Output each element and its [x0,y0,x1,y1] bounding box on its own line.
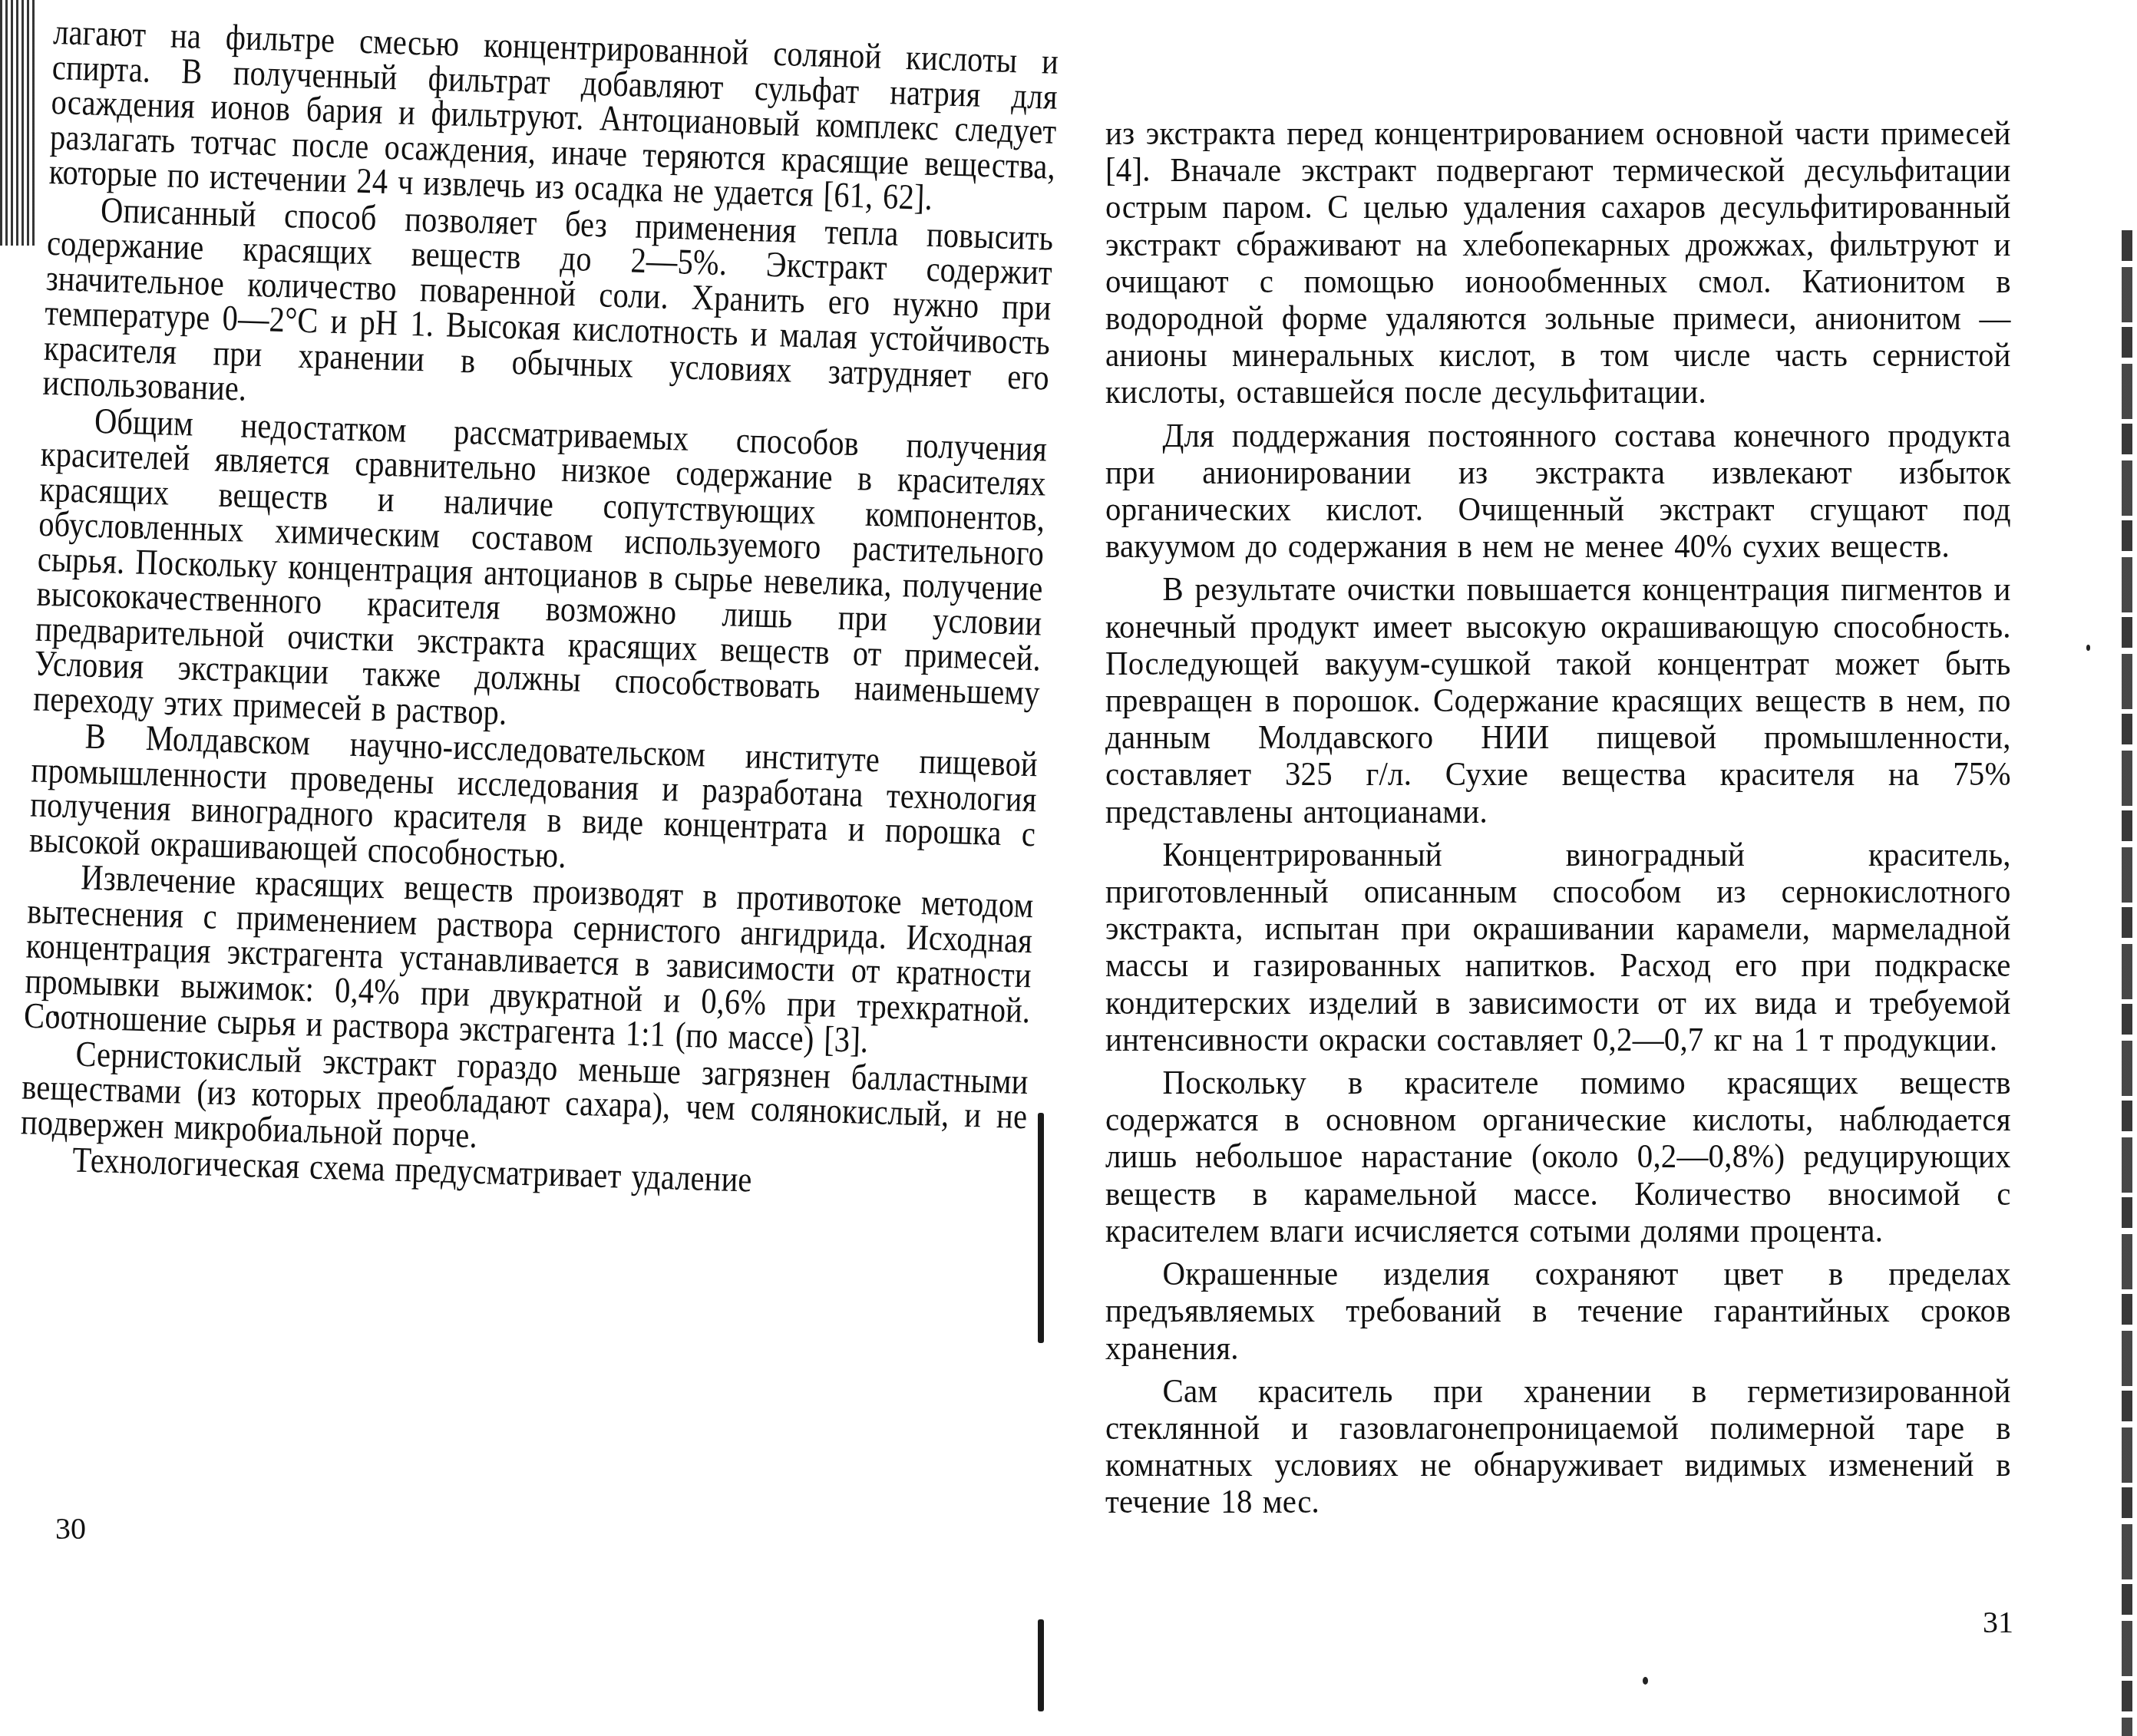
paragraph: лагают на фильтре смесью концентрированн… [48,15,1059,219]
scan-speck [2086,645,2090,651]
right-page: из экстракта перед концентрированием осн… [1105,115,2011,1696]
page-number-left: 30 [55,1510,86,1546]
paragraph: Общим недостатком рассматриваемых способ… [33,402,1048,746]
left-page: лагают на фильтре смесью концентрированн… [8,15,1059,1602]
paragraph: Извлечение красящих веществ производят в… [24,860,1034,1064]
paragraph: Концентрированный виноградный краситель,… [1105,837,2011,1058]
page-number-right: 31 [1983,1604,2013,1640]
paragraph: Окрашенные изделия сохраняют цвет в пред… [1105,1256,2011,1367]
paragraph: из экстракта перед концентрированием осн… [1105,115,2011,411]
gutter-shadow-mark [1038,1619,1044,1711]
scan-binding-edge-right [2122,230,2132,1736]
paragraph: В результате очистки повышается концентр… [1105,571,2011,830]
scan-binding-edge-left [0,0,35,246]
paragraph: Поскольку в красителе помимо красящих ве… [1105,1064,2011,1249]
gutter-shadow-mark [1038,1113,1044,1343]
paragraph: Для поддержания постоянного состава коне… [1105,417,2011,566]
paragraph: Описанный способ позволяет без применени… [42,191,1054,431]
paragraph: Сам краситель при хранении в герметизиро… [1105,1373,2011,1521]
